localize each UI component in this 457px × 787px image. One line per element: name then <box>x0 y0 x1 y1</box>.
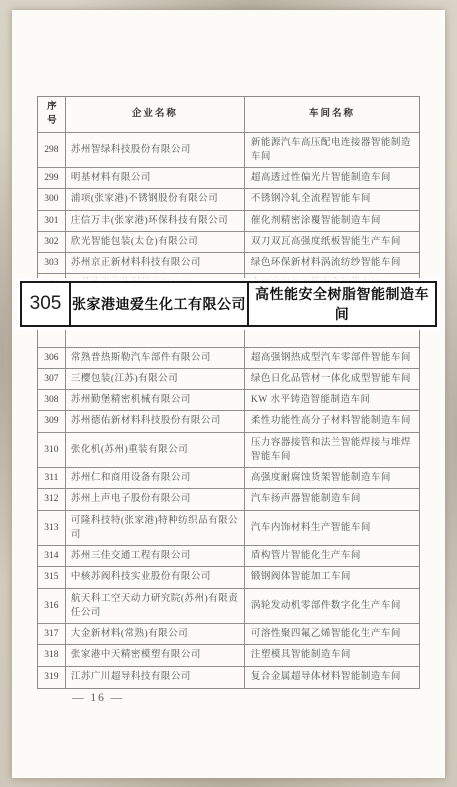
company-name-cell: 航天科工空天动力研究院(苏州)有限责任公司 <box>66 589 245 625</box>
serial-number-cell: 311 <box>38 468 66 489</box>
header-company-name: 企业名称 <box>66 97 245 133</box>
table-row: 301 庄信万丰(张家港)环保科技有限公司 催化剂精密涂覆智能制造车间 <box>38 211 419 232</box>
company-name-cell: 常熟普热斯勒汽车部件有限公司 <box>66 348 245 369</box>
company-name-cell: 明基材料有限公司 <box>66 168 245 189</box>
table-header-row: 序号 企业名称 车间名称 <box>38 97 419 133</box>
table-row: 306 常熟普热斯勒汽车部件有限公司 超高强钢热成型汽车零部件智能车间 <box>38 348 419 369</box>
table-row: 300 浦项(张家港)不锈钢股份有限公司 不锈钢冷轧全流程智能车间 <box>38 189 419 210</box>
workshop-name-cell: 超高透过性偏光片智能制造车间 <box>245 168 419 189</box>
table-row: 318 张家港中天精密模塑有限公司 注塑模具智能制造车间 <box>38 645 419 666</box>
workshop-name-cell: 复合金属超导体材料智能制造车间 <box>245 667 419 688</box>
table-row: 319 江苏广川超导科技有限公司 复合金属超导体材料智能制造车间 <box>38 667 419 688</box>
workshop-name-cell: KW 水平铸造智能制造车间 <box>245 390 419 411</box>
company-name-cell: 三樱包装(江苏)有限公司 <box>66 369 245 390</box>
company-name-cell: 张化机(苏州)重装有限公司 <box>66 433 245 469</box>
table-row: 312 苏州上声电子股份有限公司 汽车扬声器智能制造车间 <box>38 489 419 510</box>
serial-number-cell: 310 <box>38 433 66 469</box>
workshop-name-cell: 绿色环保新材料涡流纺纱智能车间 <box>245 253 419 274</box>
serial-number-cell: 302 <box>38 232 66 253</box>
table-row: 311 苏州仁和商用设备有限公司 高强度耐腐蚀货架智能制造车间 <box>38 468 419 489</box>
company-name-cell: 苏州德佑新材料科技股份有限公司 <box>66 411 245 432</box>
company-name-cell: 苏州仁和商用设备有限公司 <box>66 468 245 489</box>
workshop-name-cell: 锻钢阀体智能加工车间 <box>245 567 419 588</box>
company-name-cell: 大金新材料(常熟)有限公司 <box>66 624 245 645</box>
company-name-cell: 苏州三佳交通工程有限公司 <box>66 546 245 567</box>
workshop-name-cell: 柔性功能性高分子材料智能制造车间 <box>245 411 419 432</box>
workshop-name-cell: 汽车内饰材料生产智能车间 <box>245 511 419 547</box>
workshop-name-cell: 催化剂精密涂覆智能制造车间 <box>245 211 419 232</box>
serial-number-cell: 309 <box>38 411 66 432</box>
table-row: 299 明基材料有限公司 超高透过性偏光片智能制造车间 <box>38 168 419 189</box>
workshop-name-cell: 不锈钢冷轧全流程智能车间 <box>245 189 419 210</box>
serial-number-cell: 301 <box>38 211 66 232</box>
header-serial-number: 序号 <box>38 97 66 133</box>
table-row: 308 苏州勤堡精密机械有限公司 KW 水平铸造智能制造车间 <box>38 390 419 411</box>
workshop-name-cell: 可溶性聚四氟乙烯智能化生产车间 <box>245 624 419 645</box>
header-workshop-name: 车间名称 <box>245 97 419 133</box>
table-row: 309 苏州德佑新材料科技股份有限公司 柔性功能性高分子材料智能制造车间 <box>38 411 419 432</box>
table-row: 317 大金新材料(常熟)有限公司 可溶性聚四氟乙烯智能化生产车间 <box>38 624 419 645</box>
serial-number-cell: 318 <box>38 645 66 666</box>
table-row: 310 张化机(苏州)重装有限公司 压力容器接管和法兰智能焊接与堆焊智能车间 <box>38 433 419 469</box>
highlight-company-name: 张家港迪爱生化工有限公司 <box>71 283 249 325</box>
company-name-cell: 苏州勤堡精密机械有限公司 <box>66 390 245 411</box>
company-name-cell: 苏州上声电子股份有限公司 <box>66 489 245 510</box>
serial-number-cell: 303 <box>38 253 66 274</box>
workshop-name-cell: 高强度耐腐蚀货架智能制造车间 <box>245 468 419 489</box>
company-name-cell: 苏州京正新材料科技有限公司 <box>66 253 245 274</box>
company-name-cell: 苏州智绿科技股份有限公司 <box>66 133 245 169</box>
serial-number-cell: 308 <box>38 390 66 411</box>
table-row: 315 中核苏阀科技实业股份有限公司 锻钢阀体智能加工车间 <box>38 567 419 588</box>
workshop-name-cell: 压力容器接管和法兰智能焊接与堆焊智能车间 <box>245 433 419 469</box>
workshop-name-cell: 绿色日化品管材一体化成型智能车间 <box>245 369 419 390</box>
highlight-workshop-name: 高性能安全树脂智能制造车间 <box>249 283 435 325</box>
table-row: 314 苏州三佳交通工程有限公司 盾构管片智能化生产车间 <box>38 546 419 567</box>
table-row: 302 欣光智能包装(太仓)有限公司 双刀双瓦高强度纸板智能生产车间 <box>38 232 419 253</box>
table-row: 298 苏州智绿科技股份有限公司 新能源汽车高压配电连接器智能制造车间 <box>38 133 419 169</box>
serial-number-cell: 313 <box>38 511 66 547</box>
serial-number-cell: 306 <box>38 348 66 369</box>
company-name-cell: 中核苏阀科技实业股份有限公司 <box>66 567 245 588</box>
serial-number-cell: 300 <box>38 189 66 210</box>
table-row: 316 航天科工空天动力研究院(苏州)有限责任公司 涡轮发动机零部件数字化生产车… <box>38 589 419 625</box>
serial-number-cell: 299 <box>38 168 66 189</box>
workshop-name-cell: 新能源汽车高压配电连接器智能制造车间 <box>245 133 419 169</box>
company-name-cell: 欣光智能包装(太仓)有限公司 <box>66 232 245 253</box>
company-name-cell: 浦项(张家港)不锈钢股份有限公司 <box>66 189 245 210</box>
document-page: 序号 企业名称 车间名称 298 苏州智绿科技股份有限公司 新能源汽车高压配电连… <box>12 10 445 778</box>
workshop-name-cell: 双刀双瓦高强度纸板智能生产车间 <box>245 232 419 253</box>
workshop-name-cell: 汽车扬声器智能制造车间 <box>245 489 419 510</box>
serial-number-cell: 307 <box>38 369 66 390</box>
workshop-name-cell: 超高强钢热成型汽车零部件智能车间 <box>245 348 419 369</box>
photographed-document-backdrop: { "colors": { "backdrop": "#d4cdbf", "pa… <box>0 0 457 787</box>
table-row: 313 可隆科技特(张家港)特种纺织品有限公司 汽车内饰材料生产智能车间 <box>38 511 419 547</box>
serial-number-cell: 317 <box>38 624 66 645</box>
workshop-list-table: 序号 企业名称 车间名称 298 苏州智绿科技股份有限公司 新能源汽车高压配电连… <box>37 96 420 689</box>
company-name-cell: 张家港中天精密模塑有限公司 <box>66 645 245 666</box>
serial-number-cell: 319 <box>38 667 66 688</box>
serial-number-cell: 314 <box>38 546 66 567</box>
company-name-cell: 庄信万丰(张家港)环保科技有限公司 <box>66 211 245 232</box>
highlight-serial-number: 305 <box>22 283 71 325</box>
page-number: — 16 — <box>72 692 124 704</box>
table-row: 307 三樱包装(江苏)有限公司 绿色日化品管材一体化成型智能车间 <box>38 369 419 390</box>
serial-number-cell: 298 <box>38 133 66 169</box>
company-name-cell: 江苏广川超导科技有限公司 <box>66 667 245 688</box>
table-row: 303 苏州京正新材料科技有限公司 绿色环保新材料涡流纺纱智能车间 <box>38 253 419 274</box>
highlighted-row-305-callout: 305 张家港迪爱生化工有限公司 高性能安全树脂智能制造车间 <box>20 281 437 327</box>
serial-number-cell: 312 <box>38 489 66 510</box>
serial-number-cell: 315 <box>38 567 66 588</box>
workshop-name-cell: 盾构管片智能化生产车间 <box>245 546 419 567</box>
serial-number-cell: 316 <box>38 589 66 625</box>
company-name-cell: 可隆科技特(张家港)特种纺织品有限公司 <box>66 511 245 547</box>
workshop-name-cell: 涡轮发动机零部件数字化生产车间 <box>245 589 419 625</box>
workshop-name-cell: 注塑模具智能制造车间 <box>245 645 419 666</box>
